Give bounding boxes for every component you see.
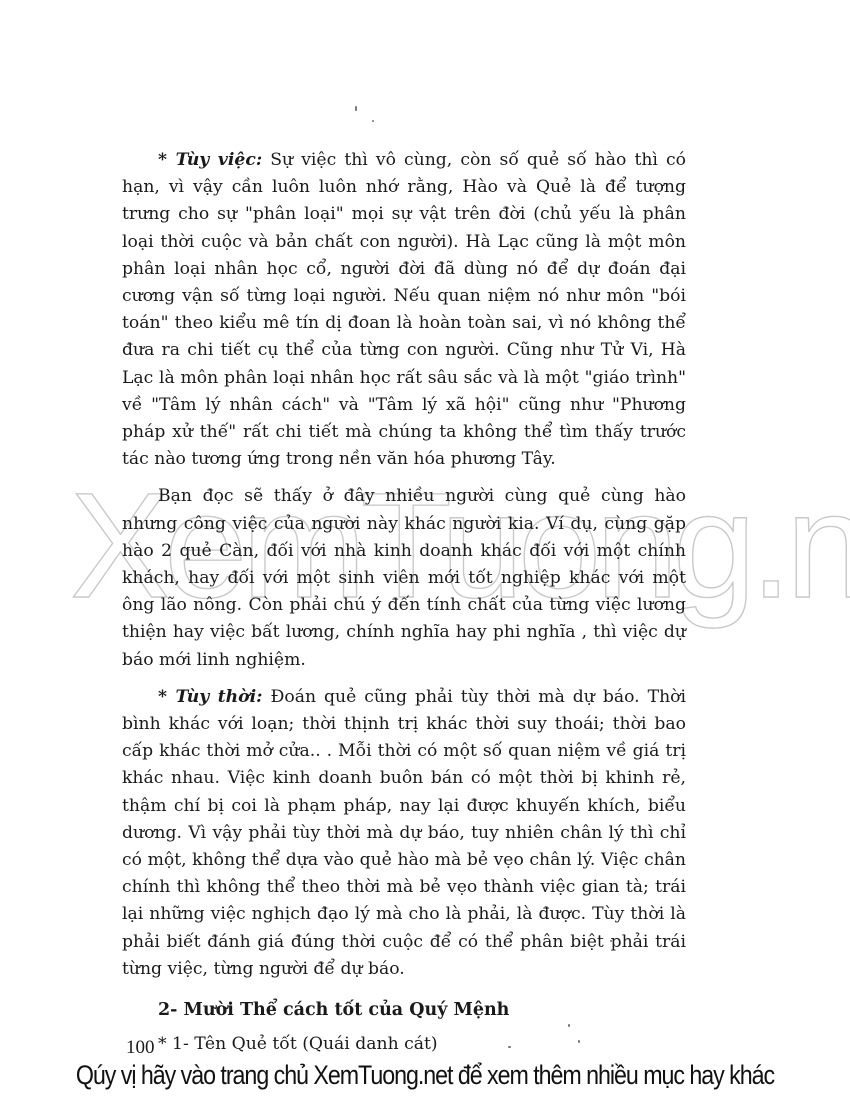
scan-speck bbox=[372, 120, 374, 122]
paragraph-body: Bạn đọc sẽ thấy ở đây nhiều người cùng q… bbox=[122, 486, 686, 669]
scan-speck bbox=[355, 106, 357, 111]
section-subheading: * 1- Tên Quẻ tốt (Quái danh cát) bbox=[122, 1027, 686, 1061]
book-page: XemTuong.net * Tùy việc: Sự việc thì vô … bbox=[0, 0, 850, 1102]
footer-banner: Qúy vị hãy vào trang chủ XemTuong.net để… bbox=[60, 1060, 791, 1091]
section-heading: 2- Mười Thể cách tốt của Quý Mệnh bbox=[122, 993, 686, 1027]
paragraph-lead: * Tùy việc: bbox=[158, 150, 262, 170]
paragraph-ban-doc: Bạn đọc sẽ thấy ở đây nhiều người cùng q… bbox=[122, 483, 686, 673]
paragraph-body: Sự việc thì vô cùng, còn số quẻ số hào t… bbox=[122, 150, 686, 469]
paragraph-tuy-thoi: * Tùy thời: Đoán quẻ cũng phải tùy thời … bbox=[122, 684, 686, 983]
page-content: * Tùy việc: Sự việc thì vô cùng, còn số … bbox=[122, 147, 686, 1061]
paragraph-lead: * Tùy thời: bbox=[158, 687, 262, 707]
paragraph-tuy-viec: * Tùy việc: Sự việc thì vô cùng, còn số … bbox=[122, 147, 686, 473]
paragraph-body: Đoán quẻ cũng phải tùy thời mà dự báo. T… bbox=[122, 687, 686, 979]
